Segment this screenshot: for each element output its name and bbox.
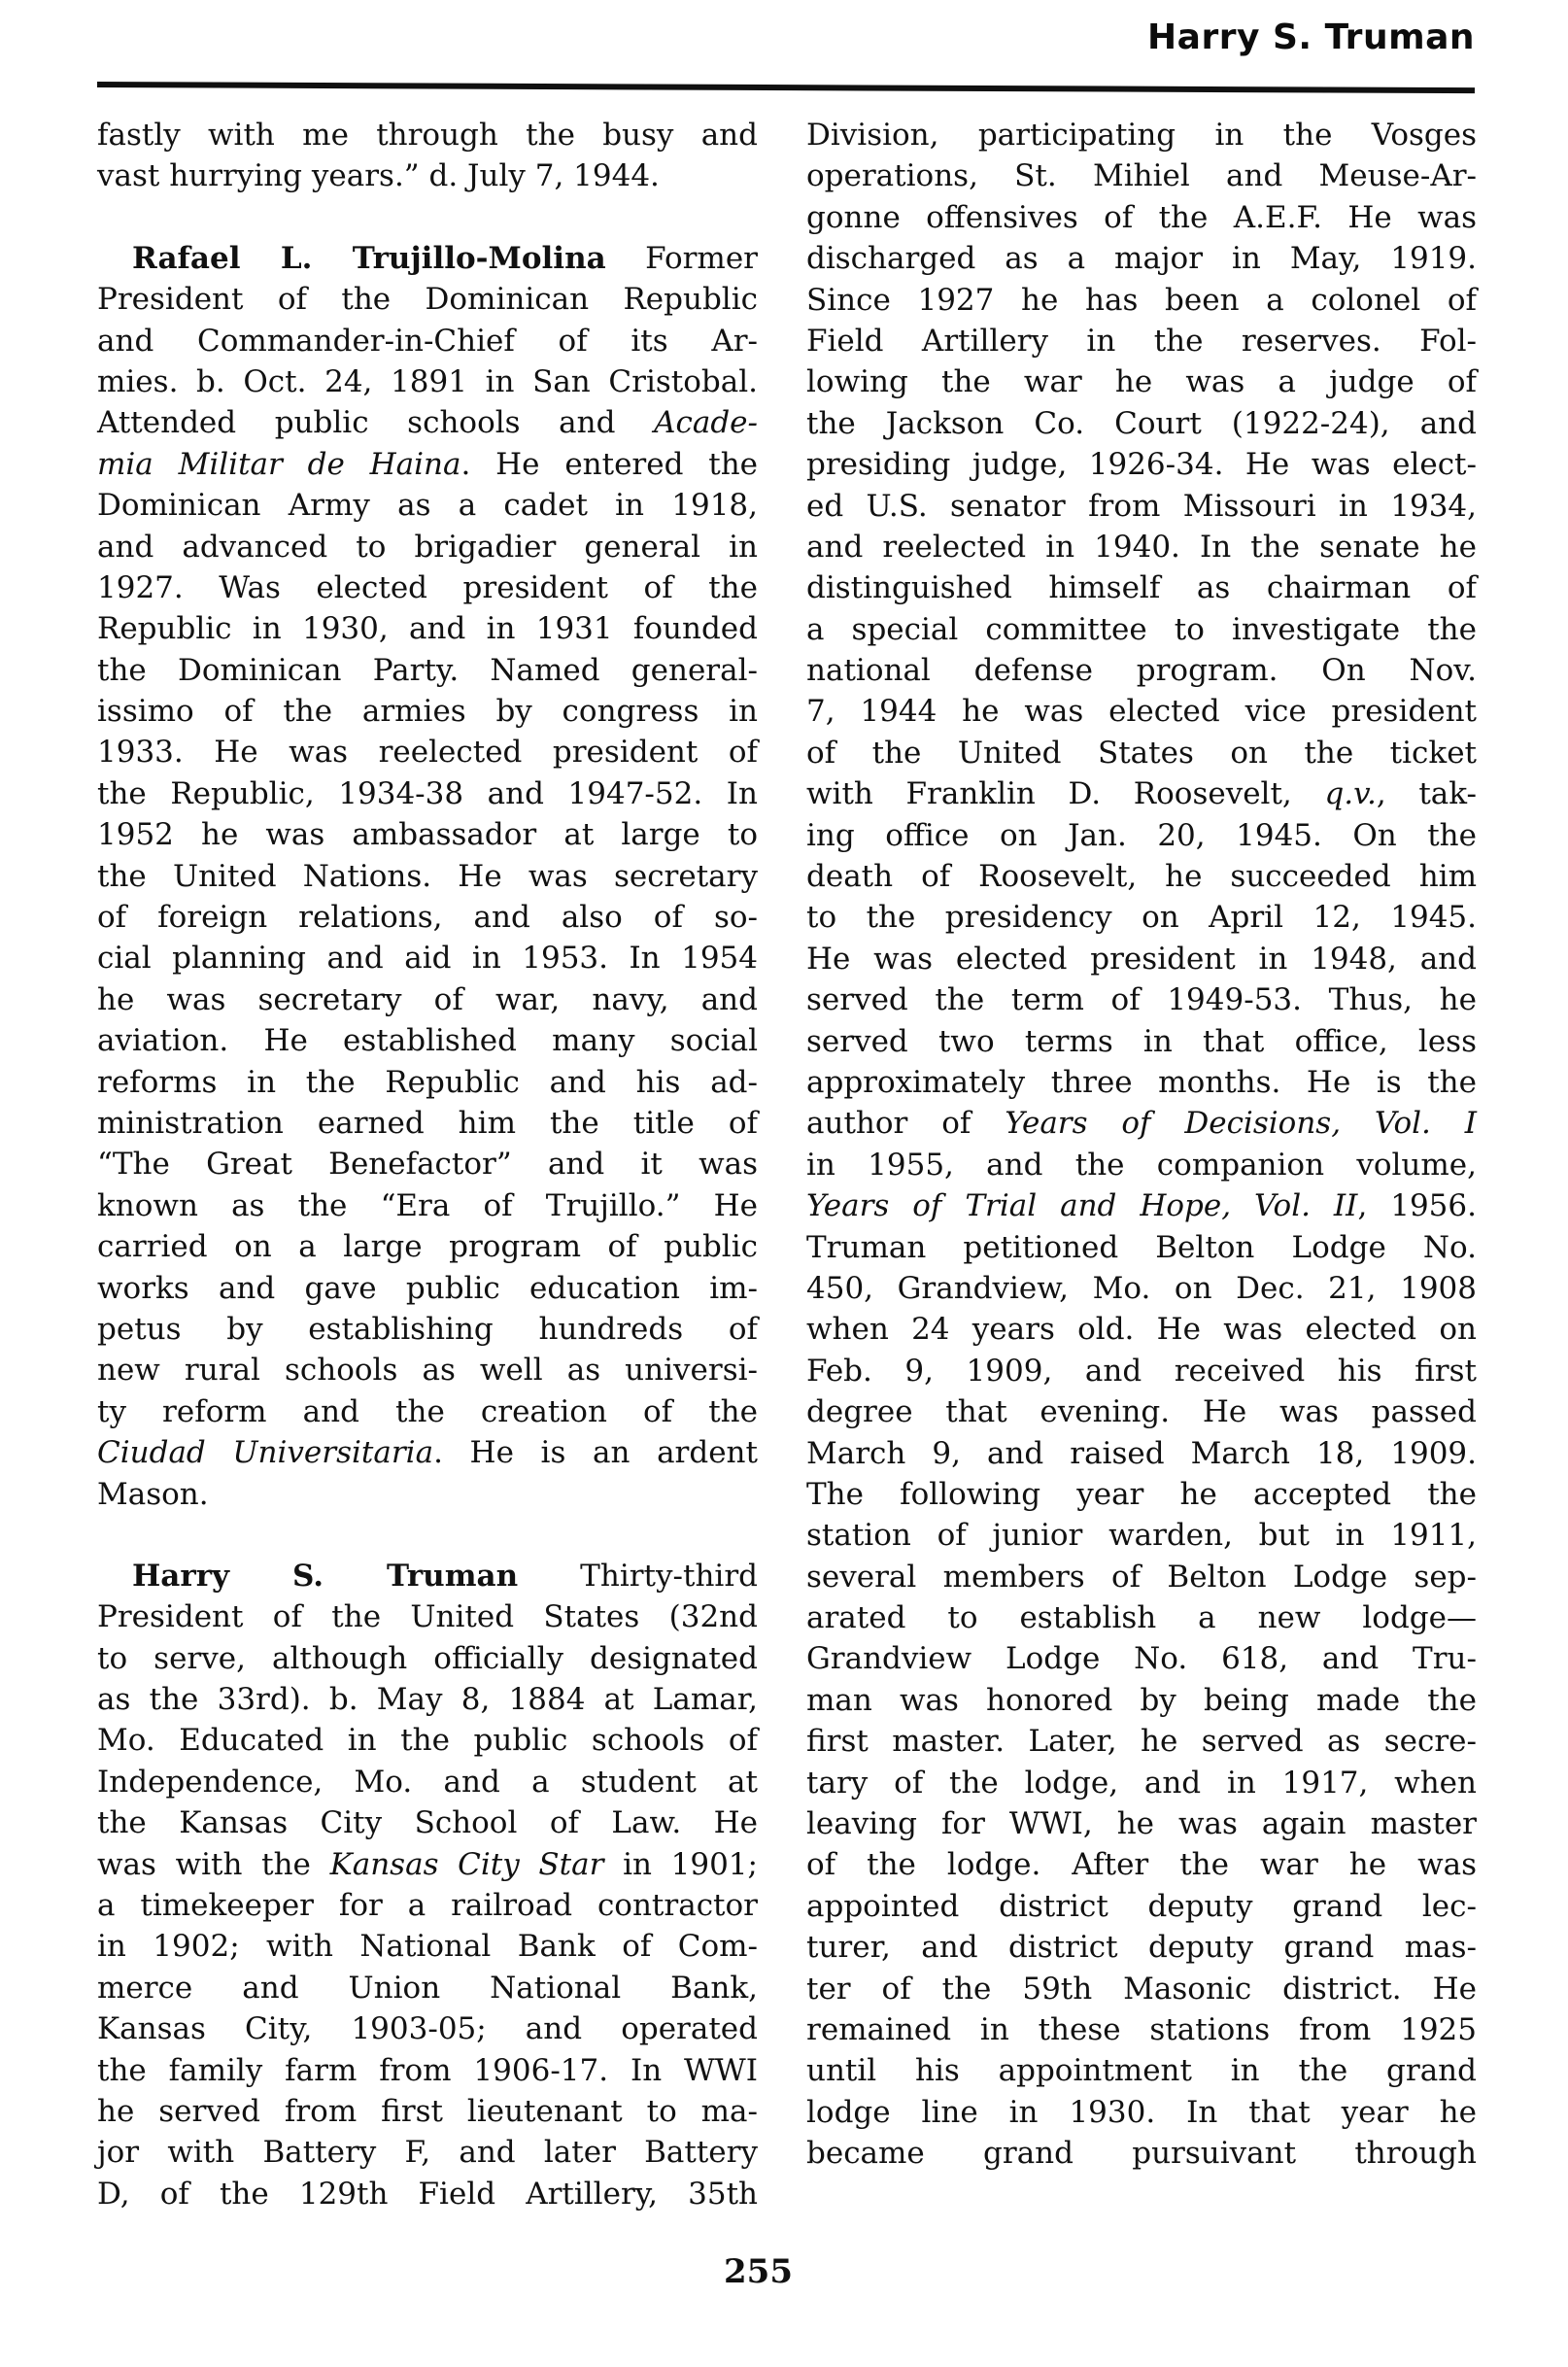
text-fragment: . He is an ardent — [433, 1435, 758, 1470]
text-line: several members of Belton Lodge sep- — [806, 1557, 1477, 1597]
entry-heading-line: Harry S. Truman Thirty-third — [97, 1556, 758, 1596]
text-line: turer, and district deputy grand mas- — [806, 1927, 1477, 1968]
header-rule — [97, 82, 1475, 93]
text-line: Division, participating in the Vosges — [806, 115, 1477, 155]
text-line: ing office on Jan. 20, 1945. On the — [806, 815, 1477, 856]
text-fragment: with Franklin D. Roosevelt, — [806, 776, 1292, 811]
text-line: vast hurrying years.” d. July 7, 1944. — [97, 155, 758, 196]
text-line: degree that evening. He was passed — [806, 1391, 1477, 1432]
running-head: Harry S. Truman — [1147, 17, 1475, 57]
text-line: lodge line in 1930. In that year he — [806, 2092, 1477, 2133]
text-line: gonne offensives of the A.E.F. He was — [806, 197, 1477, 238]
text-fragment: Thirty-third — [580, 1559, 758, 1594]
text-fragment: Former — [645, 241, 758, 276]
italic-title: mia Militar de Haina — [97, 447, 461, 482]
text-line: Mason. — [97, 1474, 758, 1515]
text-line: and Commander-in-Chief of its Ar- — [97, 321, 758, 361]
text-line: served the term of 1949-53. Thus, he — [806, 979, 1477, 1020]
text-fragment: in 1901; — [623, 1847, 758, 1882]
text-fragment: author of — [806, 1106, 971, 1141]
text-line: Since 1927 he has been a colonel of — [806, 280, 1477, 321]
text-line: cial planning and aid in 1953. In 1954 — [97, 938, 758, 978]
text-line: Independence, Mo. and a student at — [97, 1762, 758, 1802]
text-line: the Republic, 1934-38 and 1947-52. In — [97, 773, 758, 814]
paragraph-gap — [97, 197, 758, 238]
text-line: remained in these stations from 1925 — [806, 2009, 1477, 2050]
text-line: the Dominican Party. Named general- — [97, 650, 758, 691]
continuation-paragraph: fastly with me through the busy and vast… — [97, 115, 758, 197]
text-line: distinguished himself as chairman of — [806, 567, 1477, 608]
text-line: author of Years of Decisions, Vol. I — [806, 1103, 1477, 1144]
text-line: March 9, and raised March 18, 1909. — [806, 1433, 1477, 1474]
italic-abbrev: q.v. — [1324, 776, 1376, 811]
text-line: the Kansas City School of Law. He — [97, 1802, 758, 1843]
text-line: He was elected president in 1948, and — [806, 939, 1477, 979]
text-line: the United Nations. He was secretary — [97, 856, 758, 897]
text-line: Attended public schools and Acade- — [97, 402, 758, 443]
entry-heading-line: Rafael L. Trujillo-Molina Former — [97, 238, 758, 279]
text-line: death of Roosevelt, he succeeded him — [806, 856, 1477, 897]
text-line: presiding judge, 1926-34. He was elect- — [806, 444, 1477, 485]
text-line: Ciudad Universitaria. He is an ardent — [97, 1432, 758, 1473]
text-line: he was secretary of war, navy, and — [97, 979, 758, 1020]
right-column: Division, participating in the Vosges op… — [806, 115, 1477, 2175]
text-line: Feb. 9, 1909, and received his first — [806, 1351, 1477, 1391]
text-line: known as the “Era of Trujillo.” He — [97, 1185, 758, 1226]
text-line: petus by establishing hundreds of — [97, 1309, 758, 1350]
text-line: a special committee to investigate the — [806, 609, 1477, 650]
text-line: of foreign relations, and also of so- — [97, 897, 758, 938]
text-fragment: . He entered the — [461, 447, 759, 482]
text-line: of the lodge. After the war he was — [806, 1844, 1477, 1885]
text-line: 1927. Was elected president of the — [97, 567, 758, 608]
text-line: the family farm from 1906-17. In WWI — [97, 2050, 758, 2091]
italic-title: Years of Trial and Hope, Vol. II — [806, 1188, 1357, 1223]
text-line: Dominican Army as a cadet in 1918, — [97, 485, 758, 526]
text-line: aviation. He established many social — [97, 1020, 758, 1061]
text-line: until his appointment in the grand — [806, 2050, 1477, 2091]
text-line: President of the United States (32nd — [97, 1596, 758, 1637]
italic-title: Ciudad Universitaria — [97, 1435, 433, 1470]
text-line: tary of the lodge, and in 1917, when — [806, 1763, 1477, 1803]
text-line: ter of the 59th Masonic district. He — [806, 1969, 1477, 2009]
text-line: 450, Grandview, Mo. on Dec. 21, 1908 — [806, 1268, 1477, 1309]
text-line: approximately three months. He is the — [806, 1062, 1477, 1103]
text-line: first master. Later, he served as secre- — [806, 1721, 1477, 1762]
text-line: with Franklin D. Roosevelt, q.v., tak- — [806, 773, 1477, 814]
text-line: fastly with me through the busy and — [97, 115, 758, 155]
page-number: 255 — [724, 2252, 793, 2291]
text-line: issimo of the armies by congress in — [97, 691, 758, 732]
text-line: to the presidency on April 12, 1945. — [806, 897, 1477, 938]
text-line: ed U.S. senator from Missouri in 1934, — [806, 486, 1477, 527]
text-line: The following year he accepted the — [806, 1474, 1477, 1515]
entry-name: Rafael L. Trujillo-Molina — [132, 241, 606, 276]
text-line: merce and Union National Bank, — [97, 1968, 758, 2008]
text-line: Kansas City, 1903-05; and operated — [97, 2008, 758, 2049]
text-line: and reelected in 1940. In the senate he — [806, 527, 1477, 567]
italic-title: Kansas City Star — [330, 1847, 604, 1882]
text-line: to serve, although officially designated — [97, 1638, 758, 1679]
text-fragment: was with the — [97, 1847, 311, 1882]
italic-title: Acade- — [654, 405, 758, 440]
text-line: Republic in 1930, and in 1931 founded — [97, 608, 758, 649]
left-column: fastly with me through the busy and vast… — [97, 115, 758, 2214]
text-line: of the United States on the ticket — [806, 733, 1477, 773]
text-line: leaving for WWI, he was again master — [806, 1803, 1477, 1844]
text-line: national defense program. On Nov. — [806, 650, 1477, 691]
text-line: a timekeeper for a railroad contractor — [97, 1885, 758, 1926]
text-line: when 24 years old. He was elected on — [806, 1309, 1477, 1350]
text-line: as the 33rd). b. May 8, 1884 at Lamar, — [97, 1679, 758, 1720]
text-line: Years of Trial and Hope, Vol. II, 1956. — [806, 1185, 1477, 1226]
text-line: carried on a large program of public — [97, 1226, 758, 1267]
text-line: he served from first lieutenant to ma- — [97, 2091, 758, 2132]
text-line: 1952 he was ambassador at large to — [97, 814, 758, 855]
text-line: operations, St. Mihiel and Meuse-Ar- — [806, 155, 1477, 196]
text-line: works and gave public education im- — [97, 1268, 758, 1309]
text-line: became grand pursuivant through — [806, 2133, 1477, 2174]
text-line: served two terms in that office, less — [806, 1021, 1477, 1062]
text-line: mies. b. Oct. 24, 1891 in San Cristobal. — [97, 361, 758, 402]
text-line: in 1955, and the companion volume, — [806, 1145, 1477, 1185]
text-line: reforms in the Republic and his ad- — [97, 1062, 758, 1103]
text-fragment: Attended public schools and — [97, 405, 615, 440]
text-line: 7, 1944 he was elected vice president — [806, 691, 1477, 732]
entry-truman: Harry S. Truman Thirty-third President o… — [97, 1556, 758, 2214]
entry-name: Harry S. Truman — [132, 1559, 518, 1594]
entry-trujillo: Rafael L. Trujillo-Molina Former Preside… — [97, 238, 758, 1515]
text-line: mia Militar de Haina. He entered the — [97, 444, 758, 485]
paragraph-gap — [97, 1515, 758, 1556]
italic-title: Years of Decisions, Vol. I — [1005, 1106, 1477, 1141]
text-line: Grandview Lodge No. 618, and Tru- — [806, 1638, 1477, 1679]
text-line: ministration earned him the title of — [97, 1103, 758, 1144]
text-line: and advanced to brigadier general in — [97, 527, 758, 567]
text-line: the Jackson Co. Court (1922-24), and — [806, 403, 1477, 444]
text-line: in 1902; with National Bank of Com- — [97, 1926, 758, 1967]
text-line: ty reform and the creation of the — [97, 1391, 758, 1432]
text-line: Mo. Educated in the public schools of — [97, 1720, 758, 1761]
text-line: arated to establish a new lodge— — [806, 1597, 1477, 1638]
text-fragment: , tak- — [1377, 776, 1477, 811]
text-line: was with the Kansas City Star in 1901; — [97, 1844, 758, 1885]
text-line: 1933. He was reelected president of — [97, 732, 758, 772]
text-line: appointed district deputy grand lec- — [806, 1886, 1477, 1927]
text-line: “The Great Benefactor” and it was — [97, 1144, 758, 1184]
text-line: jor with Battery F, and later Battery — [97, 2132, 758, 2173]
text-line: station of junior warden, but in 1911, — [806, 1515, 1477, 1556]
text-line: Field Artillery in the reserves. Fol- — [806, 321, 1477, 361]
text-fragment: , 1956. — [1357, 1188, 1477, 1223]
text-line: Truman petitioned Belton Lodge No. — [806, 1227, 1477, 1268]
text-line: discharged as a major in May, 1919. — [806, 238, 1477, 279]
text-line: lowing the war he was a judge of — [806, 361, 1477, 402]
text-line: new rural schools as well as universi- — [97, 1350, 758, 1390]
text-line: man was honored by being made the — [806, 1680, 1477, 1721]
text-line: President of the Dominican Republic — [97, 279, 758, 320]
text-line: D, of the 129th Field Artillery, 35th — [97, 2174, 758, 2214]
